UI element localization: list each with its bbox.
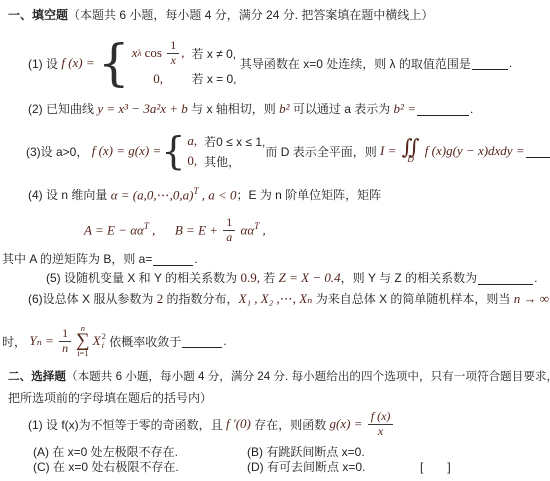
period: . <box>470 102 473 116</box>
fraction-denominator: n <box>59 342 71 356</box>
q4-conclusion: 其中 A 的逆矩阵为 B，则 a= <box>2 250 152 267</box>
fraction-1-over-n: 1n <box>59 327 71 356</box>
q6-n-to-infinity: n → ∞ <box>514 291 549 307</box>
q2-text2: 可以通过 a 表示为 <box>290 100 394 117</box>
question-4-line3: 其中 A 的逆矩阵为 B，则 a= . <box>2 250 198 267</box>
period: . <box>534 271 537 285</box>
q2-text: 与 x 轴相切，则 <box>188 100 279 117</box>
section1-heading: 一、填空题（本题共 6 小题，每小题 4 分，满分 24 分. 把答案填在题中横… <box>8 6 433 23</box>
q3-case2-expression: 0, <box>187 153 197 169</box>
q6-sample: X₁ , X₂ ,⋯, Xₙ <box>239 291 313 307</box>
q5-text: 若 <box>260 269 279 286</box>
matrix-A-formula: A = E − ααT , B = E + <box>84 221 221 238</box>
section2-desc: （本题共 6 小题，每小题 4 分，满分 24 分. 每小题给出的四个选项中，只… <box>66 368 550 384</box>
q6-text: 的指数分布， <box>163 290 238 307</box>
question-3: (3)设 a>0， f (x) = g(x) = { a, 若0 ≤ x ≤ 1… <box>26 128 550 174</box>
comma: , <box>181 45 184 61</box>
q5-coefficient: 0.9, <box>240 270 260 286</box>
s2q1-derivative: f ′(0) <box>226 416 251 432</box>
q2-prefix: (2) 已知曲线 <box>28 100 97 117</box>
answer-blank <box>526 144 550 158</box>
comma: , <box>259 223 266 238</box>
answer-bracket-label: [ ] <box>420 458 451 475</box>
fraction-numerator: 1 <box>59 327 71 342</box>
fraction-denominator: x <box>168 54 179 68</box>
q5-Z-formula: Z = X − 0.4 <box>279 270 341 286</box>
q3-integrand: f (x)g(y − x)dxdy = <box>422 143 525 159</box>
fraction-1-over-x: 1x <box>167 39 179 68</box>
q2-equation: b² = <box>394 101 416 117</box>
q6-text2: 为来自总体 X 的简单随机样本，则当 <box>312 290 513 307</box>
integral-domain: D <box>407 155 414 164</box>
q2-curve-formula: y = x³ − 3a²x + b <box>97 101 187 117</box>
answer-blank <box>417 102 469 116</box>
subscript-i: i <box>102 341 104 350</box>
q1-case2-condition: 若 x = 0, <box>192 70 237 87</box>
question-4-line1: (4) 设 n 维向量 α = (a,0,⋯,0,a)T , a < 0 ；E … <box>28 186 381 203</box>
s2q1-g-equals: g(x) = <box>330 416 366 432</box>
double-integral: ∬D <box>402 138 420 164</box>
fraction-numerator: 1 <box>167 39 179 54</box>
answer-blank <box>478 271 533 285</box>
variable-X: X <box>93 333 101 348</box>
answer-blank <box>472 56 508 70</box>
q2-b-squared: b² <box>279 101 289 117</box>
question-2: (2) 已知曲线 y = x³ − 3a²x + b 与 x 轴相切，则 b² … <box>28 100 473 117</box>
period: . <box>223 334 226 348</box>
section1-desc: （本题共 6 小题，每小题 4 分，满分 24 分. 把答案填在题中横线上） <box>68 6 433 23</box>
fraction-denominator: a <box>223 231 235 245</box>
B-equals: , B = E + <box>149 223 221 238</box>
question-1: (1) 设 f (x) = { xλ cos 1x, 若 x ≠ 0, 0, 若… <box>28 36 512 90</box>
section2-question-1: (1) 设 f(x)为不恒等于零的奇函数，且 f ′(0) 存在，则函数 g(x… <box>28 406 395 442</box>
q3-prefix: (3)设 a>0， <box>26 143 92 160</box>
summation: n∑i=1 <box>76 324 90 357</box>
left-brace: { <box>98 42 130 85</box>
cos-operator: cos <box>141 45 165 61</box>
q1-case1-expression: xλ cos 1x, <box>132 39 185 68</box>
q1-statement: 其导函数在 x=0 处连续，则 λ 的取值范围是 <box>237 55 471 72</box>
exam-document: 一、填空题（本题共 6 小题，每小题 4 分，满分 24 分. 把答案填在题中横… <box>0 0 550 481</box>
fraction-fx-over-x: f (x)x <box>368 410 394 439</box>
q1-function: f (x) = <box>61 55 98 71</box>
period: . <box>509 56 512 70</box>
question-6-line2: 时， Yₙ = 1n n∑i=1 X 2i 依概率收敛于 . <box>2 320 227 362</box>
option-D-label: (D) 有可去间断点 x=0. <box>247 458 365 475</box>
fraction-1-over-a: 1a <box>223 216 235 245</box>
q6-converges: 依概率收敛于 <box>106 333 181 350</box>
q4-text: ；E 为 n 阶单位矩阵，矩阵 <box>237 186 382 203</box>
A-equals: A = E − αα <box>84 223 144 238</box>
section2-desc2: 把所选项前的字母填在题后的括号内） <box>8 389 212 406</box>
answer-blank <box>182 334 222 348</box>
q6-shi: 时， <box>2 333 29 350</box>
q3-function: f (x) = g(x) = <box>92 143 162 159</box>
q5-prefix: (5) 设随机变量 X 和 Y 的相关系数为 <box>46 269 240 286</box>
sigma-icon: ∑ <box>76 333 90 349</box>
q1-prefix: (1) 设 <box>28 55 61 72</box>
option-D: (D) 有可去间断点 x=0. <box>247 458 365 475</box>
option-C: (C) 在 x=0 处右极限不存在. <box>33 458 179 475</box>
fraction-denominator: x <box>375 425 386 439</box>
Yn-equals: Yₙ = <box>29 333 57 349</box>
section2-heading-line2: 把所选项前的字母填在题后的括号内） <box>8 389 212 406</box>
section2-title: 二、选择题 <box>8 368 66 384</box>
s2q1-text: 存在，则函数 <box>251 416 330 433</box>
section1-title: 一、填空题 <box>8 6 68 23</box>
q1-piecewise: xλ cos 1x, 若 x ≠ 0, 0, 若 x = 0, <box>132 39 237 88</box>
q3-piecewise: a, 若0 ≤ x ≤ 1, 0, 其他， <box>187 133 265 170</box>
q3-text: 而 D 表示全平面，则 <box>265 143 380 160</box>
option-C-label: (C) 在 x=0 处右极限不存在. <box>33 458 179 475</box>
s2q1-prefix: (1) 设 f(x)为不恒等于零的奇函数，且 <box>28 416 226 433</box>
question-4-formula: A = E − ααT , B = E + 1a ααT , <box>84 212 266 248</box>
alpha-alpha: αα <box>237 223 254 238</box>
fraction-numerator: f (x) <box>368 410 394 425</box>
q3-case1-expression: a, <box>187 133 197 149</box>
q4-prefix: (4) 设 n 维向量 <box>28 186 111 203</box>
q5-text2: ，则 Y 与 Z 的相关系数为 <box>341 269 477 286</box>
q3-case2-condition: 其他， <box>204 153 265 170</box>
answer-bracket: [ ] <box>420 458 451 475</box>
q4-vector: α = (a,0,⋯,0,a)T , a < 0 <box>111 186 237 203</box>
q3-case1-condition: 若0 ≤ x ≤ 1, <box>204 133 265 150</box>
question-6-line1: (6)设总体 X 服从参数为 2 的指数分布， X₁ , X₂ ,⋯, Xₙ 为… <box>28 290 549 307</box>
answer-blank <box>153 252 193 266</box>
vector-alpha: α = (a,0,⋯,0,a) <box>111 187 194 202</box>
sum-lower-limit: i=1 <box>77 349 88 358</box>
q6-prefix: (6)设总体 X 服从参数为 <box>28 290 157 307</box>
q1-case1-condition: 若 x ≠ 0, <box>192 45 237 62</box>
condition-a: , a < 0 <box>198 187 236 202</box>
section2-heading: 二、选择题（本题共 6 小题，每小题 4 分，满分 24 分. 每小题给出的四个… <box>8 368 550 384</box>
matrix-B-formula: ααT , <box>237 221 265 238</box>
q1-case2-expression: 0, <box>132 71 185 87</box>
X-i-squared: X <box>93 333 101 349</box>
period: . <box>194 252 197 266</box>
question-5: (5) 设随机变量 X 和 Y 的相关系数为 0.9, 若 Z = X − 0.… <box>46 269 537 286</box>
q3-I-equals: I = <box>380 143 400 159</box>
fraction-numerator: 1 <box>223 216 235 231</box>
left-brace: { <box>161 135 185 167</box>
